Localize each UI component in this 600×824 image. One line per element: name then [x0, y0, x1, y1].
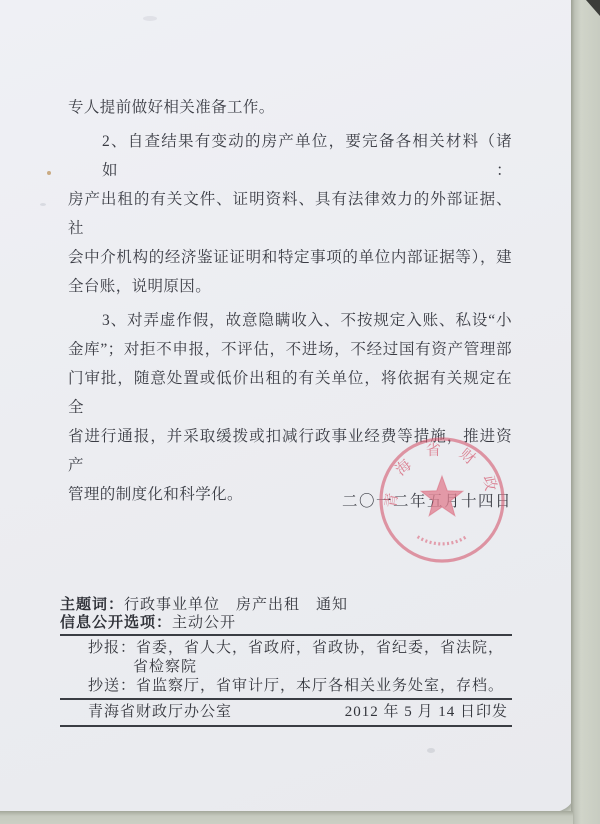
disclosure-value: 主动公开 [172, 615, 236, 631]
copy-send-row: 抄送：省监察厅，省审计厅，本厅各相关业务处室，存档。 [60, 677, 512, 700]
copy-send-label: 抄送： [88, 678, 136, 694]
scan-smudge [427, 748, 435, 753]
subject-label: 主题词： [60, 596, 124, 613]
body-line: 房产出租的有关文件、证明资料、具有法律效力的外部证据、社 [60, 185, 512, 243]
body-line: 金库”；对拒不申报，不评估，不进场，不经过国有资产管理部 [60, 335, 512, 364]
ink-speck [47, 171, 51, 175]
subject-value: 行政事业单位 房产出租 通知 [124, 597, 348, 613]
print-date: 2012 年 5 月 14 日印发 [345, 704, 508, 721]
subject-row: 主题词：行政事业单位 房产出租 通知 [60, 596, 512, 614]
issuer-row: 青海省财政厅办公室 2012 年 5 月 14 日印发 [60, 700, 512, 727]
body-line: 全台账，说明原因。 [60, 272, 512, 301]
issuer-office: 青海省财政厅办公室 [88, 704, 232, 721]
document-footer: 主题词：行政事业单位 房产出租 通知 信息公开选项：主动公开 抄报：省委，省人大… [60, 596, 512, 727]
copy-report-value: 省委，省人大，省政府，省政协，省纪委，省法院，省检察院 [133, 640, 504, 675]
copy-send-value: 省监察厅，省审计厅，本厅各相关业务处室，存档。 [136, 678, 504, 694]
corner-shadow-mark [586, 0, 600, 16]
issue-date: 二〇一二年五月十四日 [60, 489, 512, 511]
paper-edge-right [571, 0, 600, 824]
scan-backdrop: 专人提前做好相关准备工作。 2、自查结果有变动的房产单位，要完备各相关材料（诸如… [0, 0, 600, 824]
body-line: 省进行通报，并采取缓拨或扣减行政事业经费等措施，推进资产 [60, 422, 512, 480]
scan-smudge [143, 16, 157, 21]
paper-sheet: 专人提前做好相关准备工作。 2、自查结果有变动的房产单位，要完备各相关材料（诸如… [0, 0, 573, 813]
body-line: 门审批，随意处置或低价出租的有关单位，将依据有关规定在全 [60, 364, 512, 422]
copy-report-row: 抄报：省委，省人大，省政府，省政协，省纪委，省法院，省检察院 [60, 639, 512, 677]
copy-report-label: 抄报： [88, 640, 136, 656]
disclosure-label: 信息公开选项： [60, 614, 172, 631]
body-line: 专人提前做好相关准备工作。 [60, 93, 512, 122]
document-body: 专人提前做好相关准备工作。 2、自查结果有变动的房产单位，要完备各相关材料（诸如… [60, 93, 512, 509]
disclosure-row: 信息公开选项：主动公开 [60, 614, 512, 636]
seal-serial-marks [418, 537, 467, 544]
paper-edge-bottom [0, 811, 573, 824]
body-line: 3、对弄虚作假，故意隐瞒收入、不按规定入账、私设“小 [60, 306, 512, 335]
body-line: 会中介机构的经济鉴证证明和特定事项的单位内部证据等），建 [60, 243, 512, 272]
body-line: 2、自查结果有变动的房产单位，要完备各相关材料（诸如： [60, 127, 512, 185]
scan-smudge [40, 203, 46, 206]
